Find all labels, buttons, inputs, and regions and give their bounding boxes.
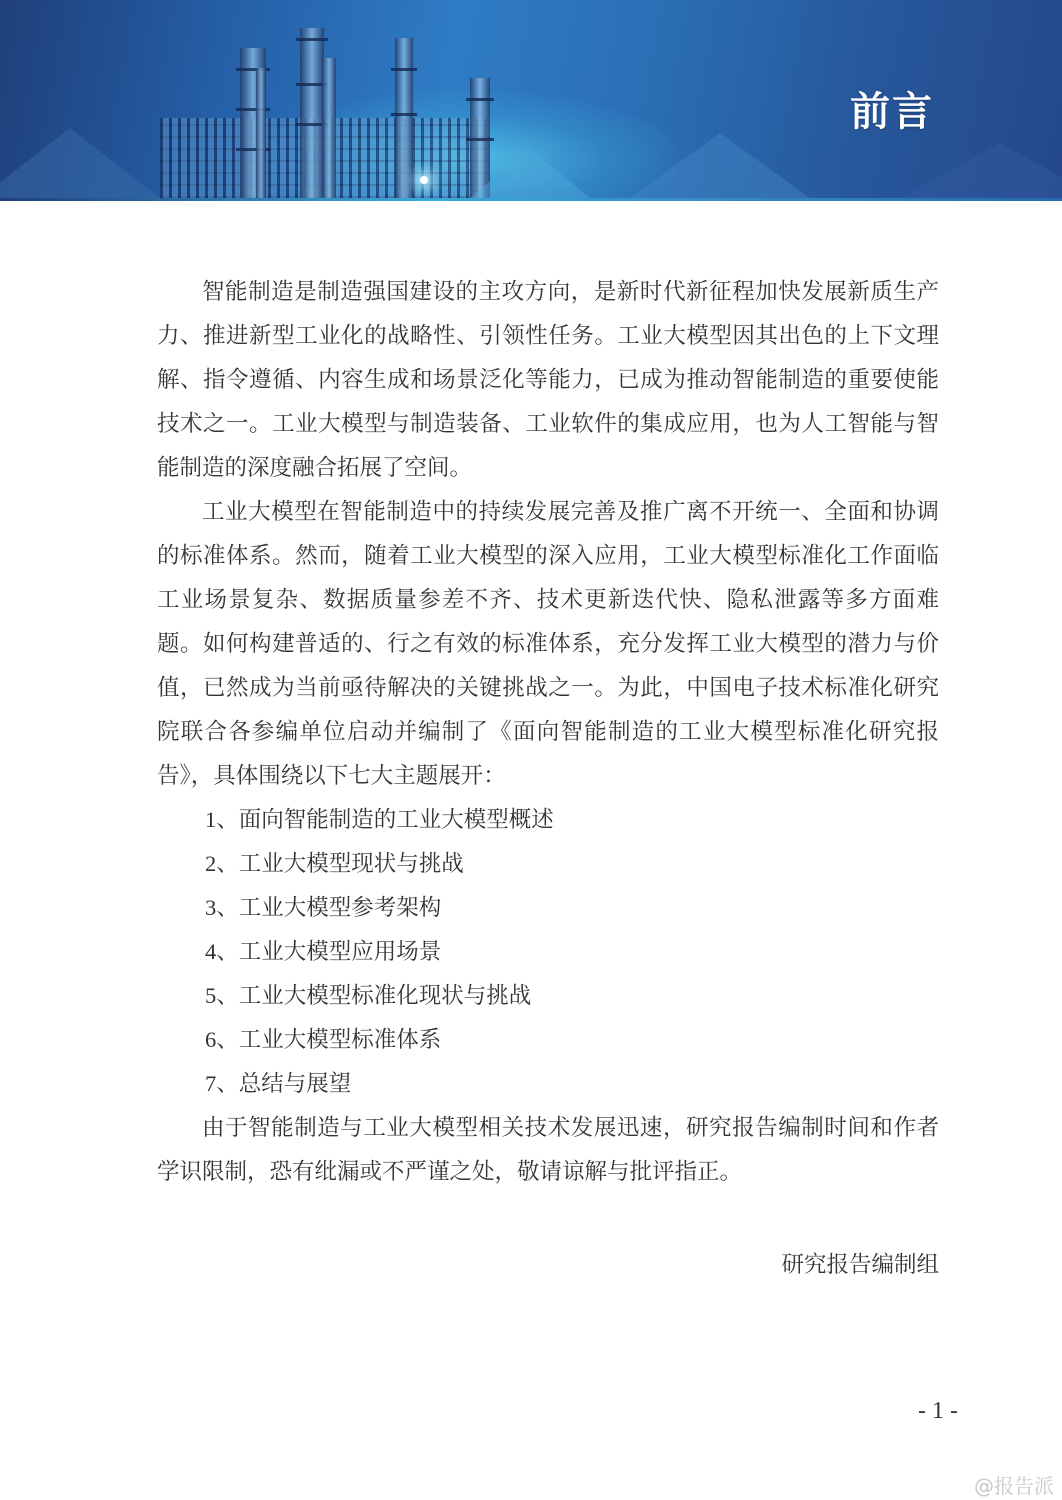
- topic-text: 工业大模型现状与挑战: [239, 851, 464, 877]
- preface-paragraph-1: 智能制造是制造强国建设的主攻方向，是新时代新征程加快发展新质生产力、推进新型工业…: [157, 270, 939, 490]
- topic-item: 2、工业大模型现状与挑战: [157, 842, 939, 886]
- topic-item: 1、面向智能制造的工业大模型概述: [157, 798, 939, 842]
- topic-number: 5、: [205, 983, 239, 1008]
- author-signature: 研究报告编制组: [781, 1243, 939, 1287]
- topic-number: 3、: [205, 895, 239, 920]
- refinery-tower-image: [322, 58, 336, 198]
- watermark: @报告派: [974, 1470, 1054, 1499]
- topic-text: 工业大模型标准体系: [239, 1027, 442, 1053]
- polygon-decoration: [470, 148, 590, 198]
- topic-number: 4、: [205, 939, 239, 964]
- preface-paragraph-2: 工业大模型在智能制造中的持续发展完善及推广离不开统一、全面和协调的标准体系。然而…: [157, 490, 939, 798]
- header-banner: 前言: [0, 0, 1062, 198]
- topic-item: 7、总结与展望: [157, 1062, 939, 1106]
- topic-list: 1、面向智能制造的工业大模型概述 2、工业大模型现状与挑战 3、工业大模型参考架…: [157, 798, 939, 1106]
- topic-text: 工业大模型参考架构: [239, 895, 442, 921]
- polygon-decoration: [630, 133, 810, 198]
- refinery-tower-image: [256, 68, 266, 198]
- polygon-decoration: [0, 128, 160, 198]
- topic-item: 3、工业大模型参考架构: [157, 886, 939, 930]
- closing-paragraph: 由于智能制造与工业大模型相关技术发展迅速，研究报告编制时间和作者学识限制，恐有纰…: [157, 1106, 939, 1194]
- topic-number: 2、: [205, 851, 239, 876]
- page-number: - 1 -: [918, 1398, 958, 1425]
- light-spark: [420, 176, 428, 184]
- preface-content: 智能制造是制造强国建设的主攻方向，是新时代新征程加快发展新质生产力、推进新型工业…: [157, 270, 939, 1194]
- topic-number: 7、: [205, 1071, 239, 1096]
- banner-divider: [0, 198, 1062, 201]
- topic-text: 总结与展望: [239, 1071, 352, 1097]
- topic-number: 1、: [205, 807, 239, 832]
- topic-text: 工业大模型标准化现状与挑战: [239, 983, 532, 1009]
- polygon-decoration: [900, 143, 1062, 198]
- topic-number: 6、: [205, 1027, 239, 1052]
- topic-text: 工业大模型应用场景: [239, 939, 442, 965]
- topic-item: 6、工业大模型标准体系: [157, 1018, 939, 1062]
- topic-item: 4、工业大模型应用场景: [157, 930, 939, 974]
- page-title: 前言: [850, 80, 934, 137]
- refinery-tower-image: [395, 38, 413, 198]
- topic-item: 5、工业大模型标准化现状与挑战: [157, 974, 939, 1018]
- refinery-tower-image: [300, 28, 324, 198]
- topic-text: 面向智能制造的工业大模型概述: [239, 807, 554, 833]
